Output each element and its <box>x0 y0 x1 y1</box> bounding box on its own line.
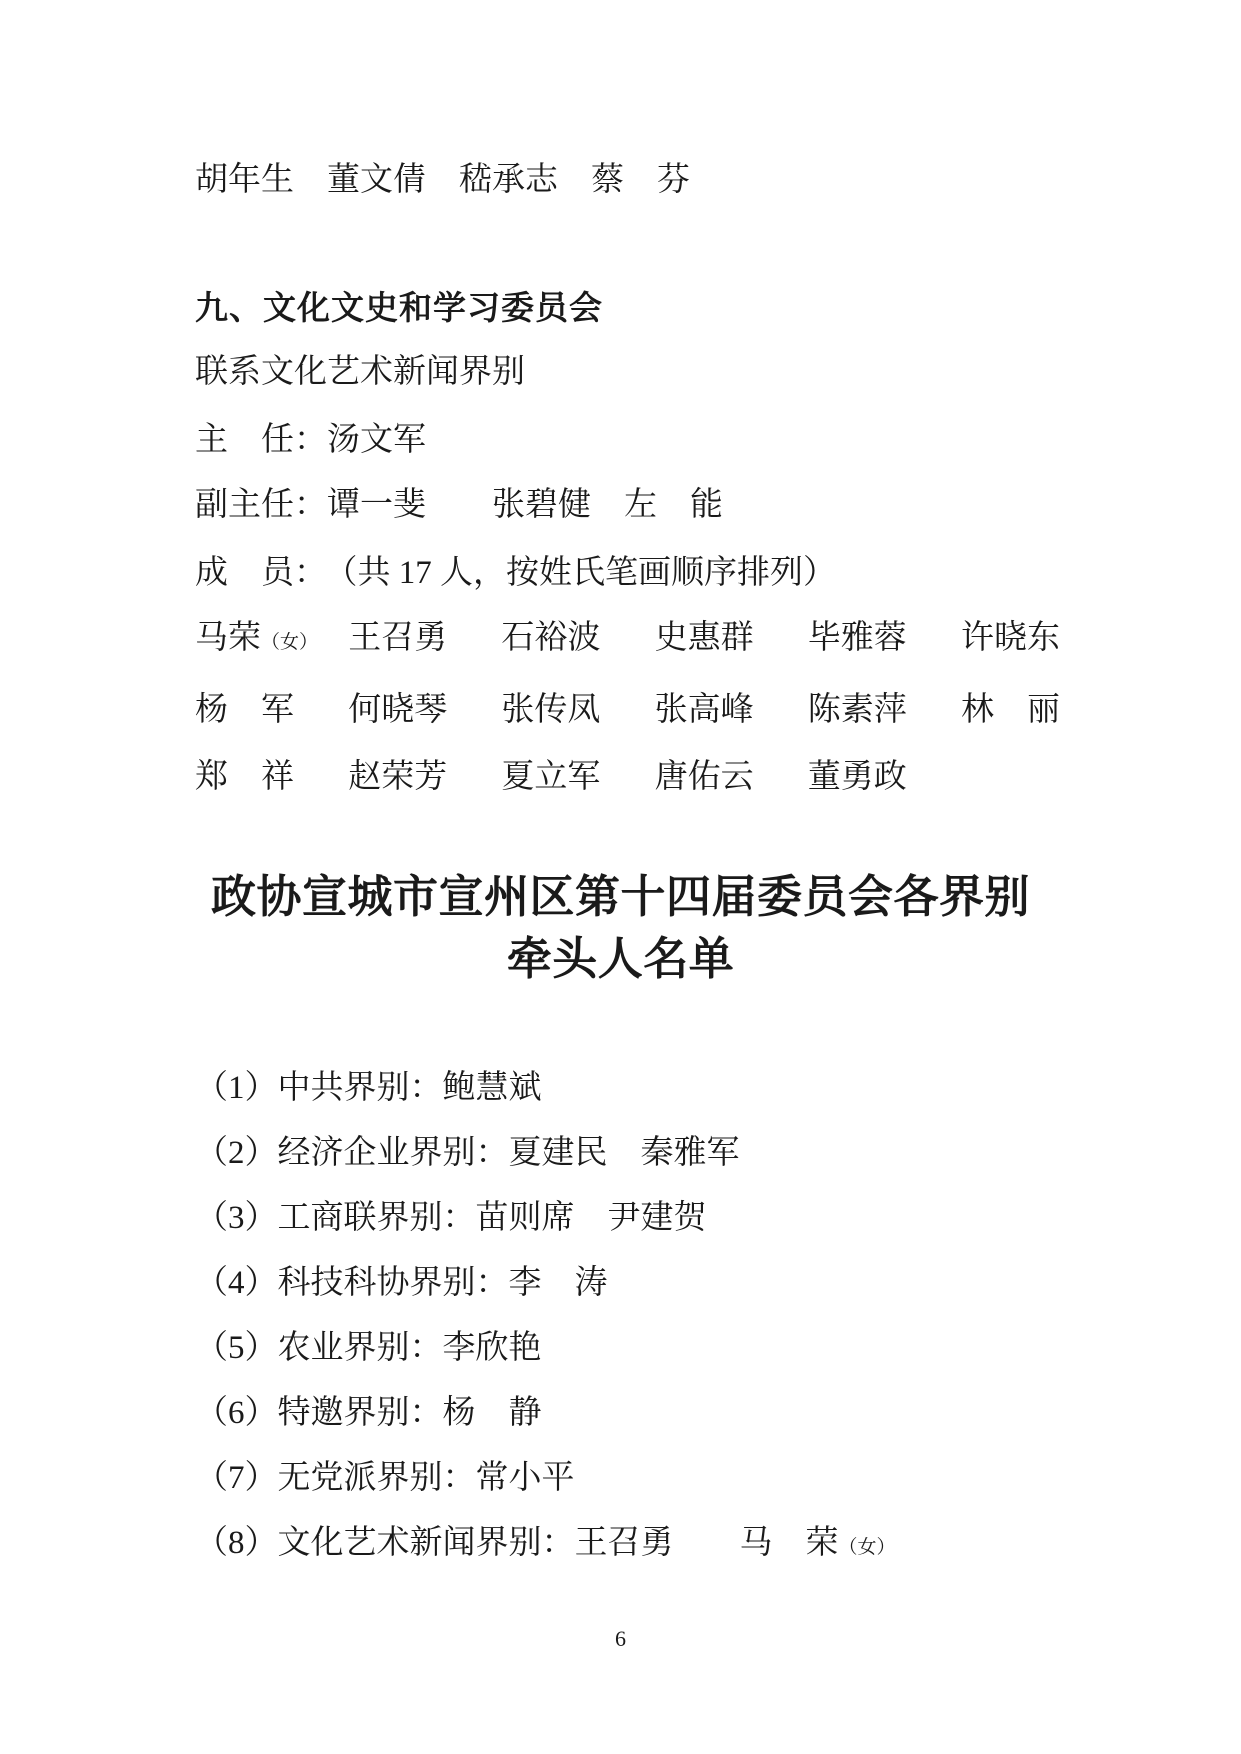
roster-title: 政协宣城市宣州区第十四届委员会各界别 牵头人名单 <box>0 866 1241 990</box>
document-page: 胡年生 董文倩 嵇承志 蔡 芬 九、文化文史和学习委员会 联系文化艺术新闻界别 … <box>0 0 1241 1754</box>
roster-item: （8）文化艺术新闻界别：王召勇 马 荣（女） <box>195 1520 896 1566</box>
roster-item-text: 科技科协界别：李 涛 <box>278 1265 608 1301</box>
vice-chairman-names: 谭一斐 张碧健 左 能 <box>327 487 723 523</box>
members-grid: 马荣（女）王召勇石裕波史惠群毕雅蓉许晓东杨 军何晓琴张传凤张高峰陈素萍林 丽郑 … <box>195 615 1061 800</box>
female-tag: （女） <box>839 1537 896 1558</box>
roster-item-number: （4） <box>195 1265 278 1301</box>
member-name: 赵荣芳 <box>348 754 448 800</box>
roster-item-text: 文化艺术新闻界别：王召勇 马 荣 <box>278 1525 839 1561</box>
roster-item-number: （2） <box>195 1135 278 1171</box>
roster-item-number: （5） <box>195 1330 278 1366</box>
roster-title-line1: 政协宣城市宣州区第十四届委员会各界别 <box>0 866 1241 928</box>
member-name: 林 丽 <box>961 687 1061 733</box>
roster-item-number: （7） <box>195 1460 278 1496</box>
roster-list: （1）中共界别：鲍慧斌（2）经济企业界别：夏建民 秦雅军（3）工商联界别：苗则席… <box>195 1065 896 1585</box>
roster-item-number: （6） <box>195 1395 278 1431</box>
roster-item: （1）中共界别：鲍慧斌 <box>195 1065 896 1111</box>
member-name: 陈素萍 <box>808 687 908 733</box>
member-name: 毕雅蓉 <box>808 615 908 666</box>
member-name: 郑 祥 <box>195 754 295 800</box>
member-name: 马荣（女） <box>195 615 295 666</box>
member-name: 许晓东 <box>961 615 1061 666</box>
members-line: 成 员：（共 17 人，按姓氏笔画顺序排列） <box>195 550 836 596</box>
vice-chairman-line: 副主任：谭一斐 张碧健 左 能 <box>195 482 723 528</box>
members-note: （共 17 人，按姓氏笔画顺序排列） <box>341 555 836 591</box>
member-name: 夏立军 <box>501 754 601 800</box>
roster-title-line2: 牵头人名单 <box>0 928 1241 990</box>
member-name: 何晓琴 <box>348 687 448 733</box>
member-name: 唐佑云 <box>655 754 755 800</box>
roster-item-text: 工商联界别：苗则席 尹建贺 <box>278 1200 707 1236</box>
roster-item: （5）农业界别：李欣艳 <box>195 1325 896 1371</box>
vice-chairman-label: 副主任： <box>195 487 327 523</box>
roster-item-number: （8） <box>195 1525 278 1561</box>
roster-item-text: 农业界别：李欣艳 <box>278 1330 542 1366</box>
roster-item-text: 经济企业界别：夏建民 秦雅军 <box>278 1135 740 1171</box>
member-name: 史惠群 <box>655 615 755 666</box>
chairman-name: 汤文军 <box>327 422 426 458</box>
roster-item: （4）科技科协界别：李 涛 <box>195 1260 896 1306</box>
roster-item-text: 无党派界别：常小平 <box>278 1460 575 1496</box>
roster-item-text: 中共界别：鲍慧斌 <box>278 1070 542 1106</box>
committee-section-heading: 九、文化文史和学习委员会 <box>195 285 603 331</box>
roster-item: （6）特邀界别：杨 静 <box>195 1390 896 1436</box>
member-name: 杨 军 <box>195 687 295 733</box>
roster-item-text: 特邀界别：杨 静 <box>278 1395 542 1431</box>
member-name: 石裕波 <box>501 615 601 666</box>
roster-item-number: （3） <box>195 1200 278 1236</box>
chairman-label: 主 任： <box>195 422 327 458</box>
female-tag: （女） <box>261 632 318 653</box>
roster-item: （2）经济企业界别：夏建民 秦雅军 <box>195 1130 896 1176</box>
roster-item: （3）工商联界别：苗则席 尹建贺 <box>195 1195 896 1241</box>
top-names-line: 胡年生 董文倩 嵇承志 蔡 芬 <box>195 157 690 203</box>
page-number: 6 <box>0 1626 1241 1652</box>
liaison-line: 联系文化艺术新闻界别 <box>195 349 525 395</box>
member-name: 张传凤 <box>501 687 601 733</box>
member-name: 张高峰 <box>655 687 755 733</box>
members-label: 成 员： <box>195 555 327 591</box>
roster-item: （7）无党派界别：常小平 <box>195 1455 896 1501</box>
member-name: 董勇政 <box>808 754 908 800</box>
roster-item-number: （1） <box>195 1070 278 1106</box>
member-name: 王召勇 <box>348 615 448 666</box>
chairman-line: 主 任：汤文军 <box>195 417 426 463</box>
